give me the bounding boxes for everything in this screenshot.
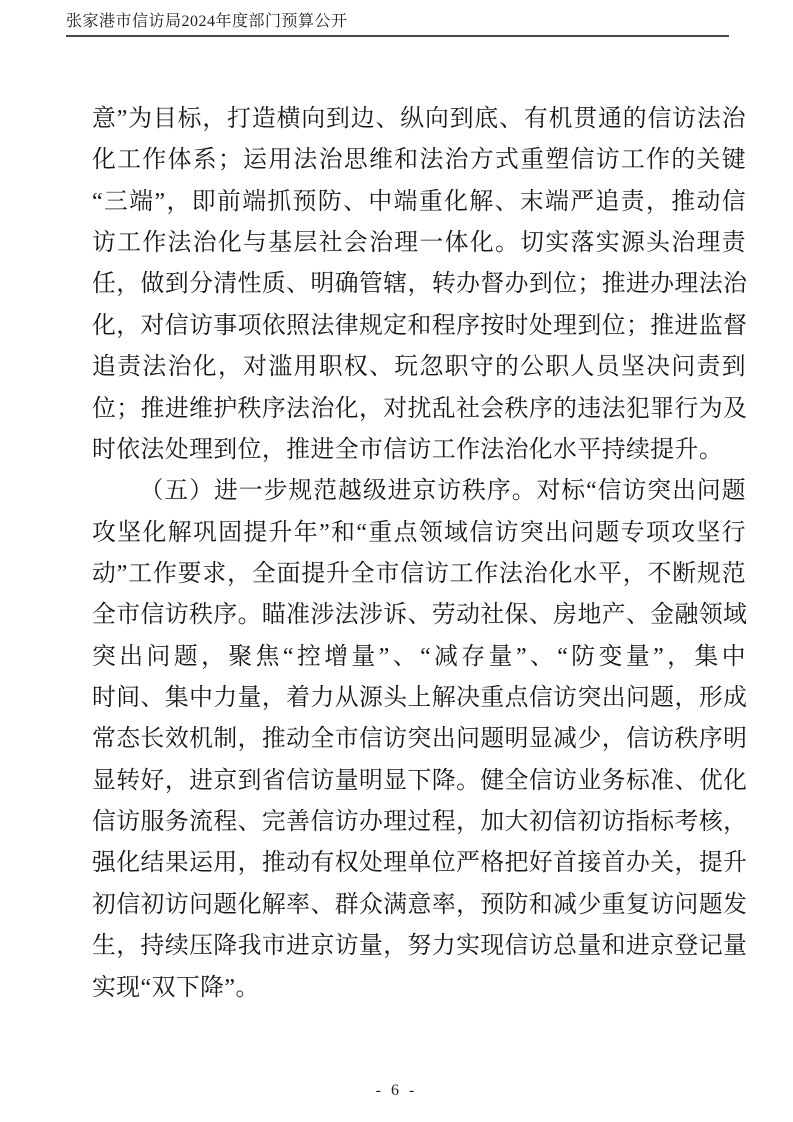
text-line: 追责法治化，对滥用职权、玩忽职守的公职人员坚决问责到 [92, 347, 746, 388]
text-line: “三端”，即前端抓预防、中端重化解、末端严追责，推动信 [92, 182, 746, 223]
page-number: - 6 - [376, 1082, 418, 1099]
text-line: 生，持续压降我市进京访量，努力实现信访总量和进京登记量 [92, 926, 746, 967]
text-line: 化工作体系；运用法治思维和法治方式重塑信访工作的关键 [92, 140, 746, 181]
document-page: 张家港市信访局2024年度部门预算公开 意”为目标，打造横向到边、纵向到底、有机… [0, 0, 793, 1122]
text-line: 初信初访问题化解率、群众满意率，预防和减少重复访问题发 [92, 885, 746, 926]
page-footer: - 6 - [0, 1082, 793, 1100]
text-line: 显转好，进京到省信访量明显下降。健全信访业务标准、优化 [92, 761, 746, 802]
page-header: 张家港市信访局2024年度部门预算公开 [66, 12, 729, 37]
text-line: 全市信访秩序。瞄准涉法涉诉、劳动社保、房地产、金融领域 [92, 595, 746, 636]
text-line: 动”工作要求，全面提升全市信访工作法治化水平，不断规范 [92, 554, 746, 595]
text-line: 时依法处理到位，推进全市信访工作法治化水平持续提升。 [92, 430, 746, 471]
text-line: 访工作法治化与基层社会治理一体化。切实落实源头治理责 [92, 223, 746, 264]
header-title: 张家港市信访局2024年度部门预算公开 [66, 13, 348, 30]
text-line: 意”为目标，打造横向到边、纵向到底、有机贯通的信访法治 [92, 99, 746, 140]
text-line: 信访服务流程、完善信访办理过程，加大初信初访指标考核， [92, 802, 746, 843]
text-line: 任，做到分清性质、明确管辖，转办督办到位；推进办理法治 [92, 264, 746, 305]
text-line: 实现“双下降”。 [92, 968, 746, 1009]
document-body: 意”为目标，打造横向到边、纵向到底、有机贯通的信访法治化工作体系；运用法治思维和… [92, 99, 746, 1009]
text-line: （五）进一步规范越级进京访秩序。对标“信访突出问题 [92, 471, 746, 512]
text-line: 位；推进维护秩序法治化，对扰乱社会秩序的违法犯罪行为及 [92, 389, 746, 430]
text-line: 突出问题，聚焦“控增量”、“减存量”、“防变量”，集中 [92, 637, 746, 678]
text-line: 常态长效机制，推动全市信访突出问题明显减少，信访秩序明 [92, 719, 746, 760]
text-line: 攻坚化解巩固提升年”和“重点领域信访突出问题专项攻坚行 [92, 513, 746, 554]
text-line: 时间、集中力量，着力从源头上解决重点信访突出问题，形成 [92, 678, 746, 719]
text-line: 强化结果运用，推动有权处理单位严格把好首接首办关，提升 [92, 843, 746, 884]
text-line: 化，对信访事项依照法律规定和程序按时处理到位；推进监督 [92, 306, 746, 347]
